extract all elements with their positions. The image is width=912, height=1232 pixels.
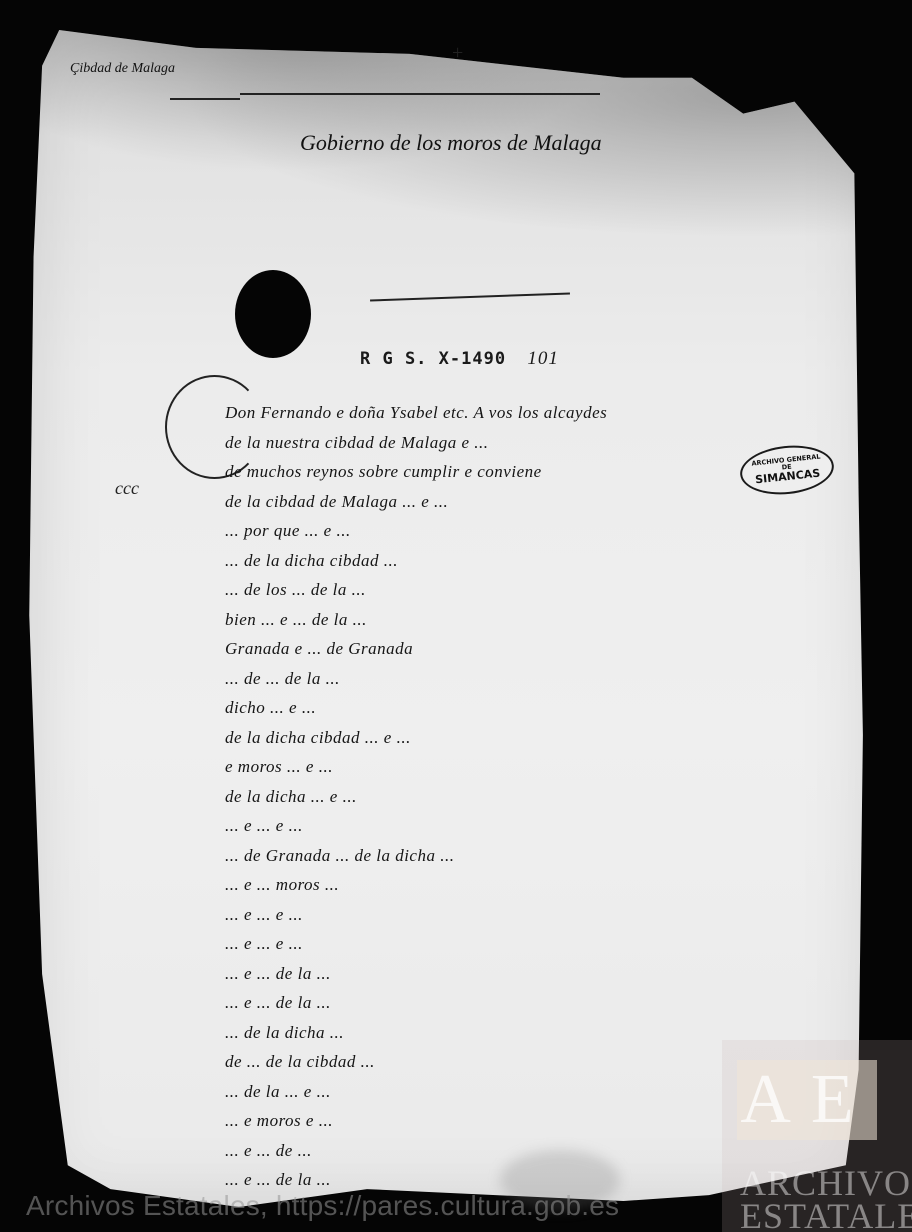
manuscript-body: Don Fernando e doña Ysabel etc. A vos lo… [225,398,725,1195]
text-line: ... de la dicha cibdad ... [225,546,725,576]
text-line: ... e moros e ... [225,1106,725,1136]
archivos-estatales-logo: AE ARCHIVOS ESTATALES [722,1040,912,1232]
marginal-flourish [170,98,240,100]
text-line: ... por que ... e ... [225,516,725,546]
text-line: ... de Granada ... de la dicha ... [225,841,725,871]
text-line: de muchos reynos sobre cumplir e convien… [225,457,725,487]
archive-reference: R G S. X-1490 101 [360,348,559,370]
margin-mark: ccc [115,478,139,499]
text-line: dicho ... e ... [225,693,725,723]
text-line: de la dicha ... e ... [225,782,725,812]
watermark-text: Archivos Estatales, https://pares.cultur… [26,1190,619,1222]
text-line: de la dicha cibdad ... e ... [225,723,725,753]
archive-reference-code: R G S. X-1490 [360,349,506,369]
text-line: de ... de la cibdad ... [225,1047,725,1077]
text-line: ... de ... de la ... [225,664,725,694]
heading-flourish [240,93,600,95]
logo-letters: AE [737,1060,877,1140]
text-line: Granada e ... de Granada [225,634,725,664]
text-line: ... de los ... de la ... [225,575,725,605]
text-line: ... e ... de ... [225,1136,725,1166]
text-line: de la nuestra cibdad de Malaga e ... [225,428,725,458]
text-line: de la cibdad de Malaga ... e ... [225,487,725,517]
text-line: ... de la dicha ... [225,1018,725,1048]
logo-line-2: ESTATALES [740,1198,912,1232]
paper-hole [235,270,311,358]
text-line: ... e ... e ... [225,929,725,959]
text-line: ... de la ... e ... [225,1077,725,1107]
text-line: ... e ... de la ... [225,988,725,1018]
text-line: e moros ... e ... [225,752,725,782]
document-heading: Gobierno de los moros de Malaga [300,130,602,156]
document-viewer: + Çibdad de Malaga Gobierno de los moros… [0,0,912,1232]
text-line: ... e ... e ... [225,900,725,930]
text-line: ... e ... moros ... [225,870,725,900]
marginal-note: Çibdad de Malaga [70,62,180,76]
cross-mark: + [452,42,463,65]
text-line: ... e ... de la ... [225,959,725,989]
folio-number: 101 [527,348,559,369]
text-line: Don Fernando e doña Ysabel etc. A vos lo… [225,398,725,428]
stamp-line-3: SIMANCAS [755,468,821,487]
text-line: bien ... e ... de la ... [225,605,725,635]
text-line: ... e ... e ... [225,811,725,841]
